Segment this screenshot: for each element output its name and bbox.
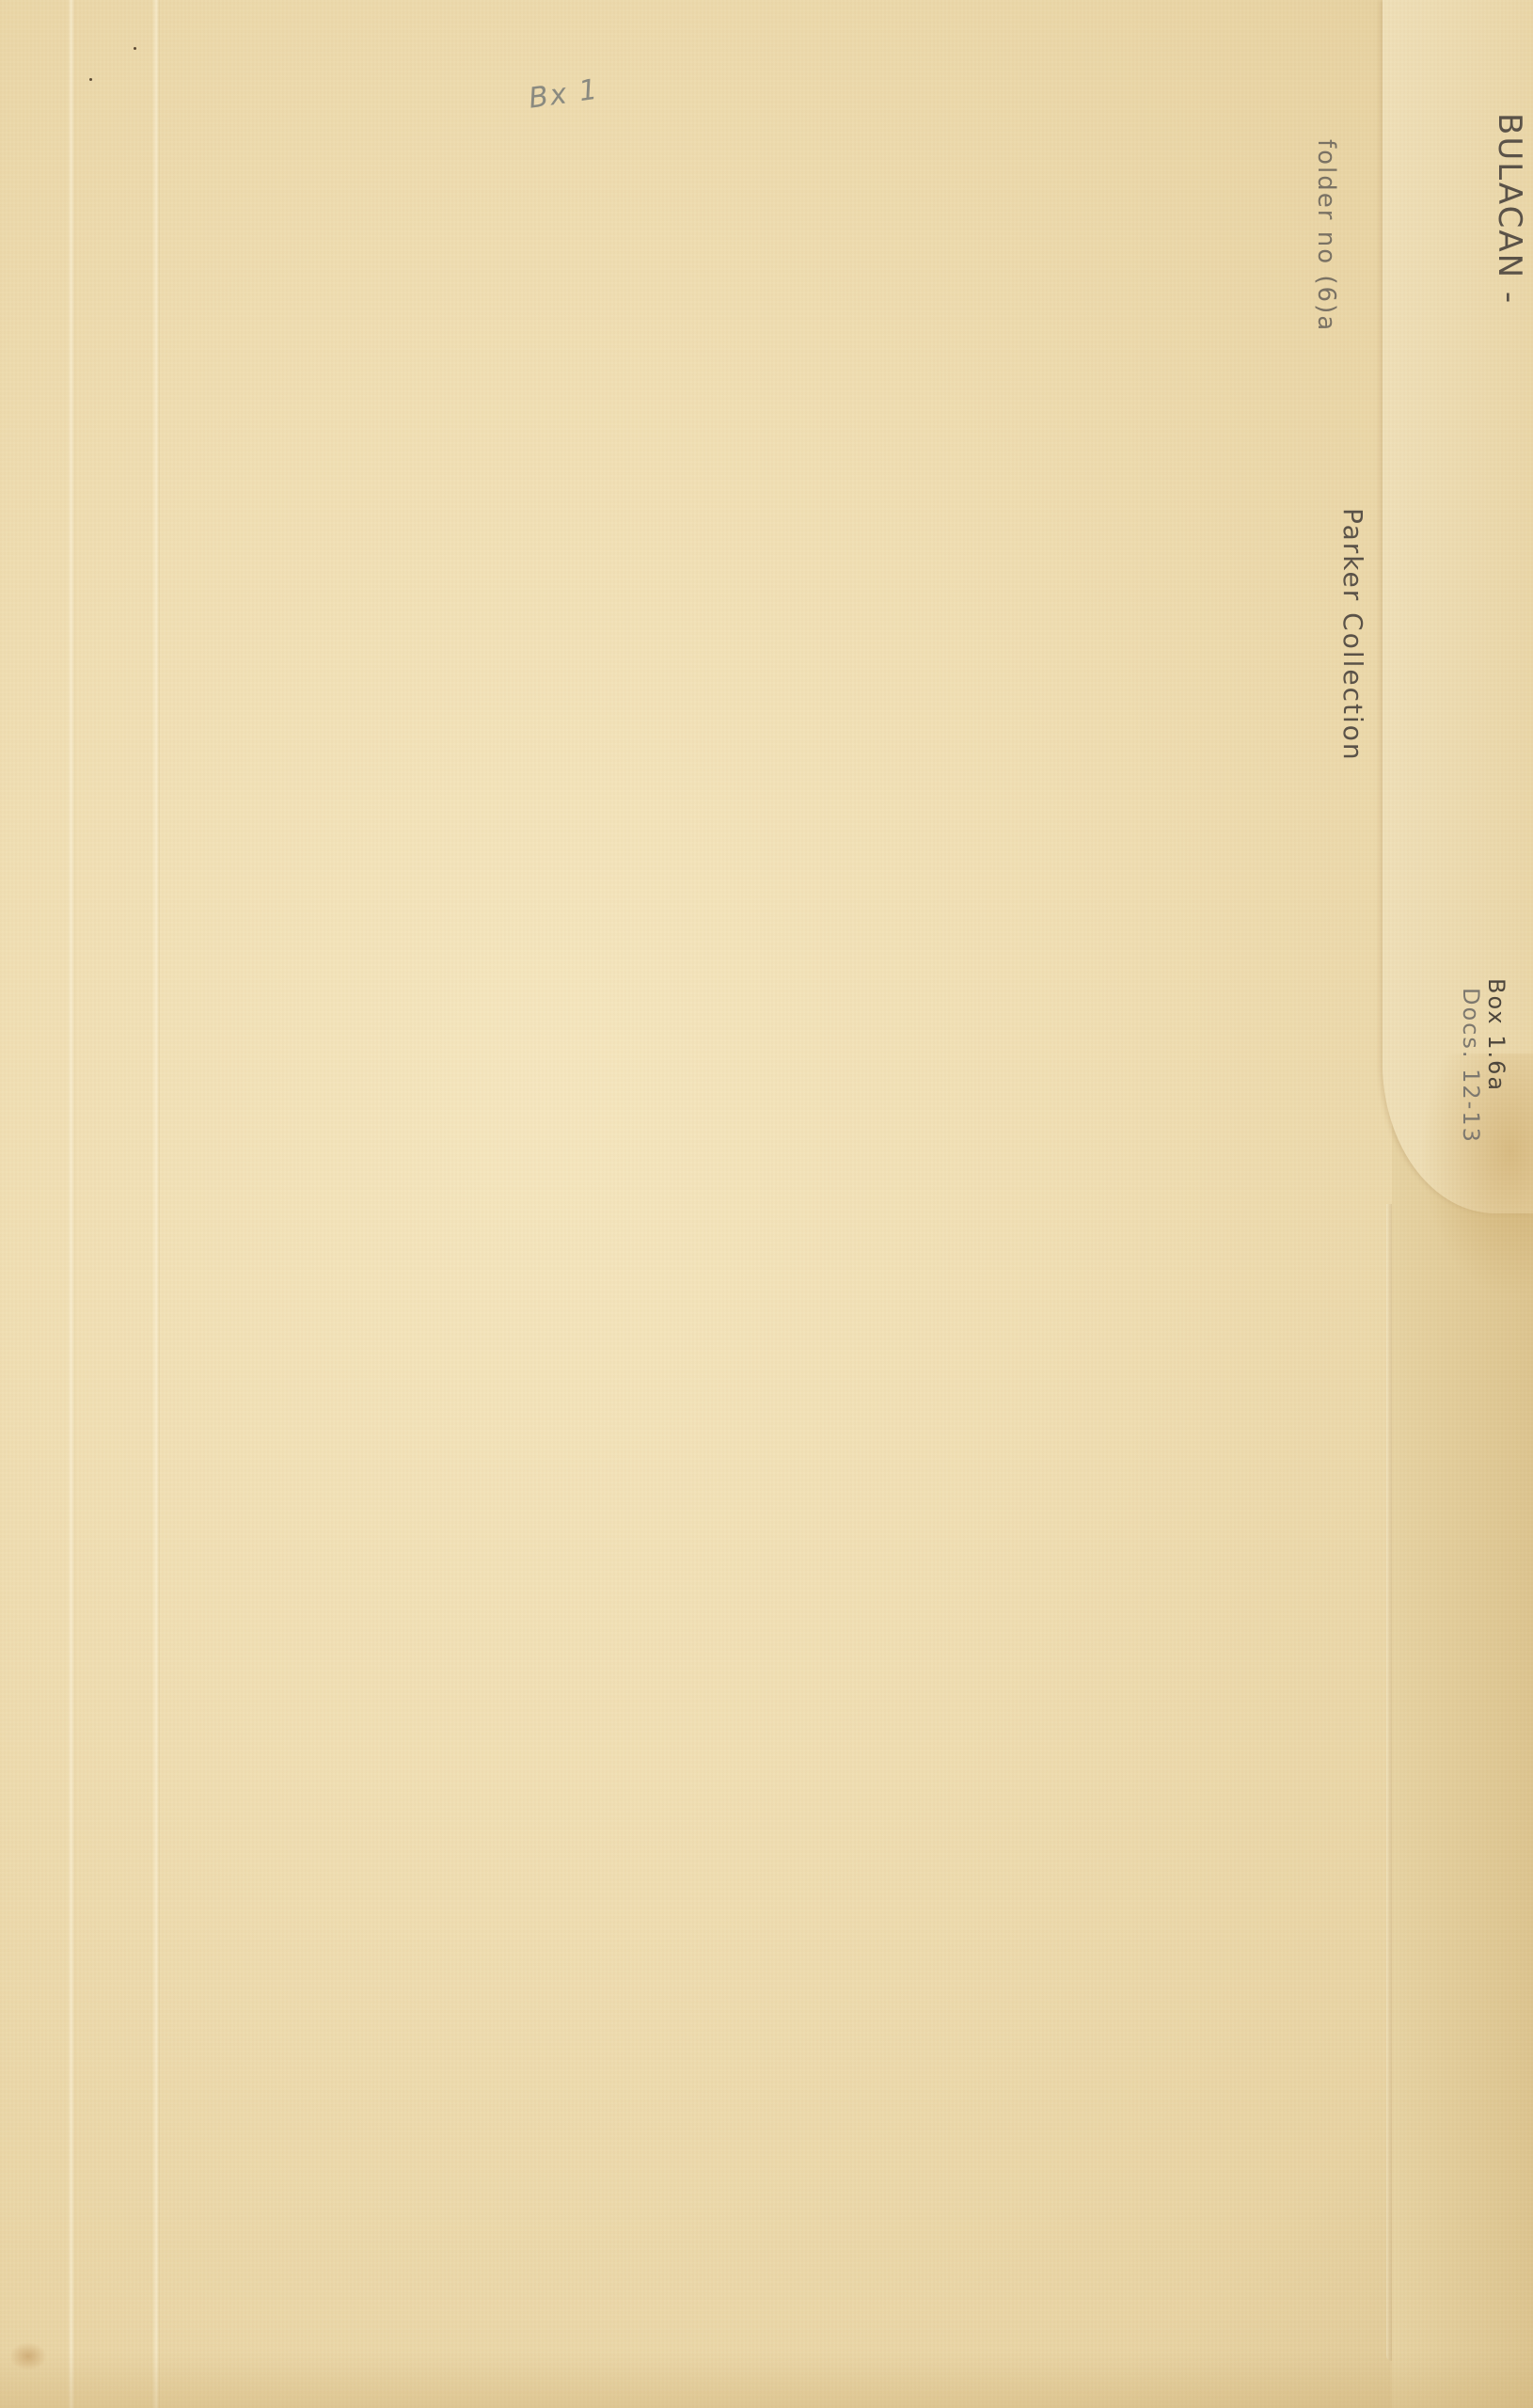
speck [134, 47, 136, 50]
collection-label-handwriting: Parker Collection [1337, 508, 1368, 762]
file-folder: Bx 1 BULACAN - folder no (6)a Parker Col… [0, 0, 1533, 2408]
box-reference-handwriting: Box 1.6a [1483, 978, 1509, 1092]
folder-crease-2 [152, 0, 160, 2408]
docs-reference-handwriting: Docs. 12-13 [1458, 988, 1484, 1144]
folder-number-handwriting: folder no (6)a [1312, 139, 1340, 332]
speck [89, 78, 92, 81]
paper-grain [0, 0, 1533, 2408]
folder-crease-1 [68, 0, 75, 2408]
region-label-handwriting: BULACAN - [1491, 113, 1528, 305]
box-mark-handwriting: Bx 1 [527, 73, 601, 116]
folder-flap-edge [1386, 1204, 1392, 2361]
bottom-shading [0, 2352, 1533, 2408]
corner-stain [9, 2342, 47, 2370]
